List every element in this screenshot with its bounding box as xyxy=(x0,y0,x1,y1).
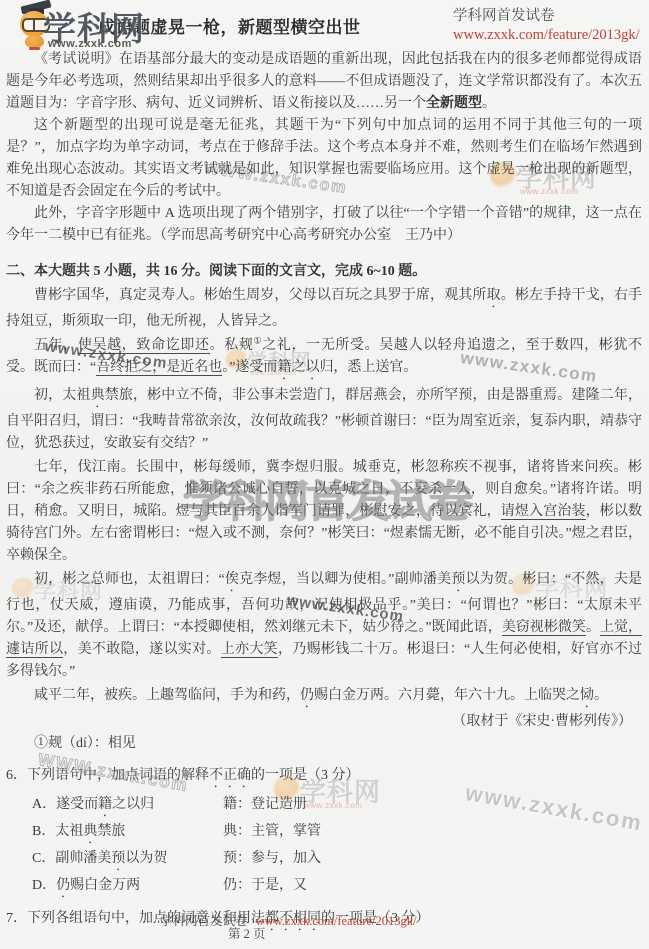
option-a-phrase: A．遂受而籍之以归 xyxy=(32,793,223,820)
header-site-label: 学科网首发试卷 xyxy=(453,7,640,26)
option-c-gloss: 预：参与，加入 xyxy=(223,847,642,874)
passage-attribution: （取材于《宋史·曹彬列传》） xyxy=(6,711,642,733)
question-6-option-c: C．副帅潘美预以为贺 预：参与，加入 xyxy=(6,847,642,874)
essay-paragraph-2: 这个新题型的出现可说是毫无征兆，其题干为“下列句中加点词的运用不同于其他三句的一… xyxy=(6,115,642,203)
scanned-exam-page: 成语题虚晃一枪，新题型横空出世 学科网 www.zxxk.com 学科网首发试卷… xyxy=(0,0,649,949)
passage-paragraph-6: 咸平二年，被疾。上趣驾临问，手为和药，仍赐白金万两。六月薨，年六十九。上临哭之恸… xyxy=(6,685,642,711)
question-6-title: 6．下列语句中，加点词语的解释不正确的一项是（3 分） xyxy=(6,765,642,791)
document-body: 《考试说明》在语基部分最大的变动是成语题的重新出现，因此包括我在内的很多老师都觉… xyxy=(6,49,642,934)
page-footer: 学科网首发试卷www.zxxk.com/feature/2013gk/ xyxy=(160,911,416,929)
essay-paragraph-1: 《考试说明》在语基部分最大的变动是成语题的重新出现，因此包括我在内的很多老师都觉… xyxy=(6,49,642,115)
option-c-phrase: C．副帅潘美预以为贺 xyxy=(32,847,223,874)
mascot-glasses-bridge-icon xyxy=(33,18,35,30)
option-b-gloss: 典：主管，掌管 xyxy=(223,820,642,847)
essay-paragraph-3: 此外，字音字形题中 A 选项出现了两个错别字，打破了以往“一个字错一个音错”的规… xyxy=(6,203,642,247)
zxxk-logo: 学科网 www.zxxk.com xyxy=(8,2,158,52)
section-2-heading: 二、本大题共 5 小题，共 16 分。阅读下面的文言文，完成 6~10 题。 xyxy=(6,261,642,283)
passage-paragraph-2: 五年，使吴越，致命讫即还。私觌①之礼，一无所受。吴越人以轻舟追遗之，至于数四，彬… xyxy=(6,335,642,383)
passage-paragraph-3: 初，太祖典禁旅，彬中立不倚，非公事未尝造门，群居燕会，亦所罕预，由是器重焉。建隆… xyxy=(6,385,642,455)
question-6-options: A．遂受而籍之以归 籍：登记造册 B．太祖典禁旅 典：主管，掌管 C．副帅潘美预… xyxy=(6,793,642,901)
header-right-block: 学科网首发试卷 www.zxxk.com/feature/2013gk/ xyxy=(453,7,640,45)
footer-url: www.zxxk.com/feature/2013gk/ xyxy=(256,914,417,928)
page-number: 第 2 页 xyxy=(228,924,266,942)
option-d-gloss: 仍：于是，又 xyxy=(223,874,642,901)
header-feature-url: www.zxxk.com/feature/2013gk/ xyxy=(453,26,640,45)
question-6-option-b: B．太祖典禁旅 典：主管，掌管 xyxy=(6,820,642,847)
option-a-gloss: 籍：登记造册 xyxy=(223,793,642,820)
page-header: 成语题虚晃一枪，新题型横空出世 学科网 www.zxxk.com 学科网首发试卷… xyxy=(0,0,649,52)
passage-paragraph-5: 初，彬之总师也，太祖谓曰：“俟克李煜，当以卿为使相。”副帅潘美预以为贺。彬曰：“… xyxy=(6,569,642,683)
question-6-option-d: D．仍赐白金万两 仍：于是，又 xyxy=(6,874,642,901)
passage-paragraph-1: 曹彬字国华，真定灵寿人。彬始生周岁，父母以百玩之具罗于席，观其所取。彬左手持干戈… xyxy=(6,285,642,333)
passage-paragraph-4: 七年，伐江南。长围中，彬每缓师，冀李煜归服。城垂克，彬忽称疾不视事，诸将皆来问疾… xyxy=(6,457,642,567)
option-b-phrase: B．太祖典禁旅 xyxy=(32,820,223,847)
question-6-option-a: A．遂受而籍之以归 籍：登记造册 xyxy=(6,793,642,820)
option-d-phrase: D．仍赐白金万两 xyxy=(32,874,223,901)
passage-footnote: ①觌（dí）：相见 xyxy=(6,733,642,755)
